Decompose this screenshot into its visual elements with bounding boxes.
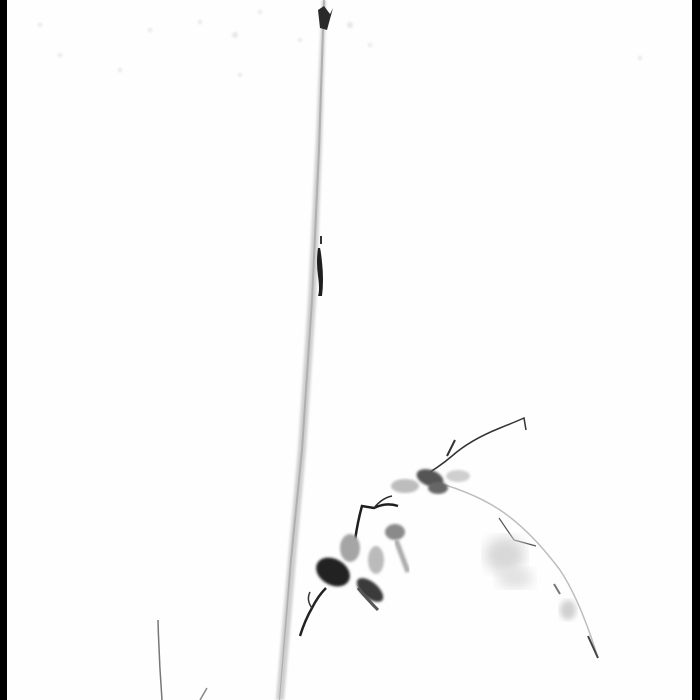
bamboo-branch bbox=[300, 418, 598, 658]
bamboo-stalk bbox=[276, 0, 333, 700]
grass-stems bbox=[158, 620, 207, 700]
painting-canvas bbox=[7, 0, 692, 700]
paper-speckles bbox=[38, 10, 642, 77]
image-frame bbox=[0, 0, 700, 700]
ink-painting bbox=[7, 0, 692, 700]
